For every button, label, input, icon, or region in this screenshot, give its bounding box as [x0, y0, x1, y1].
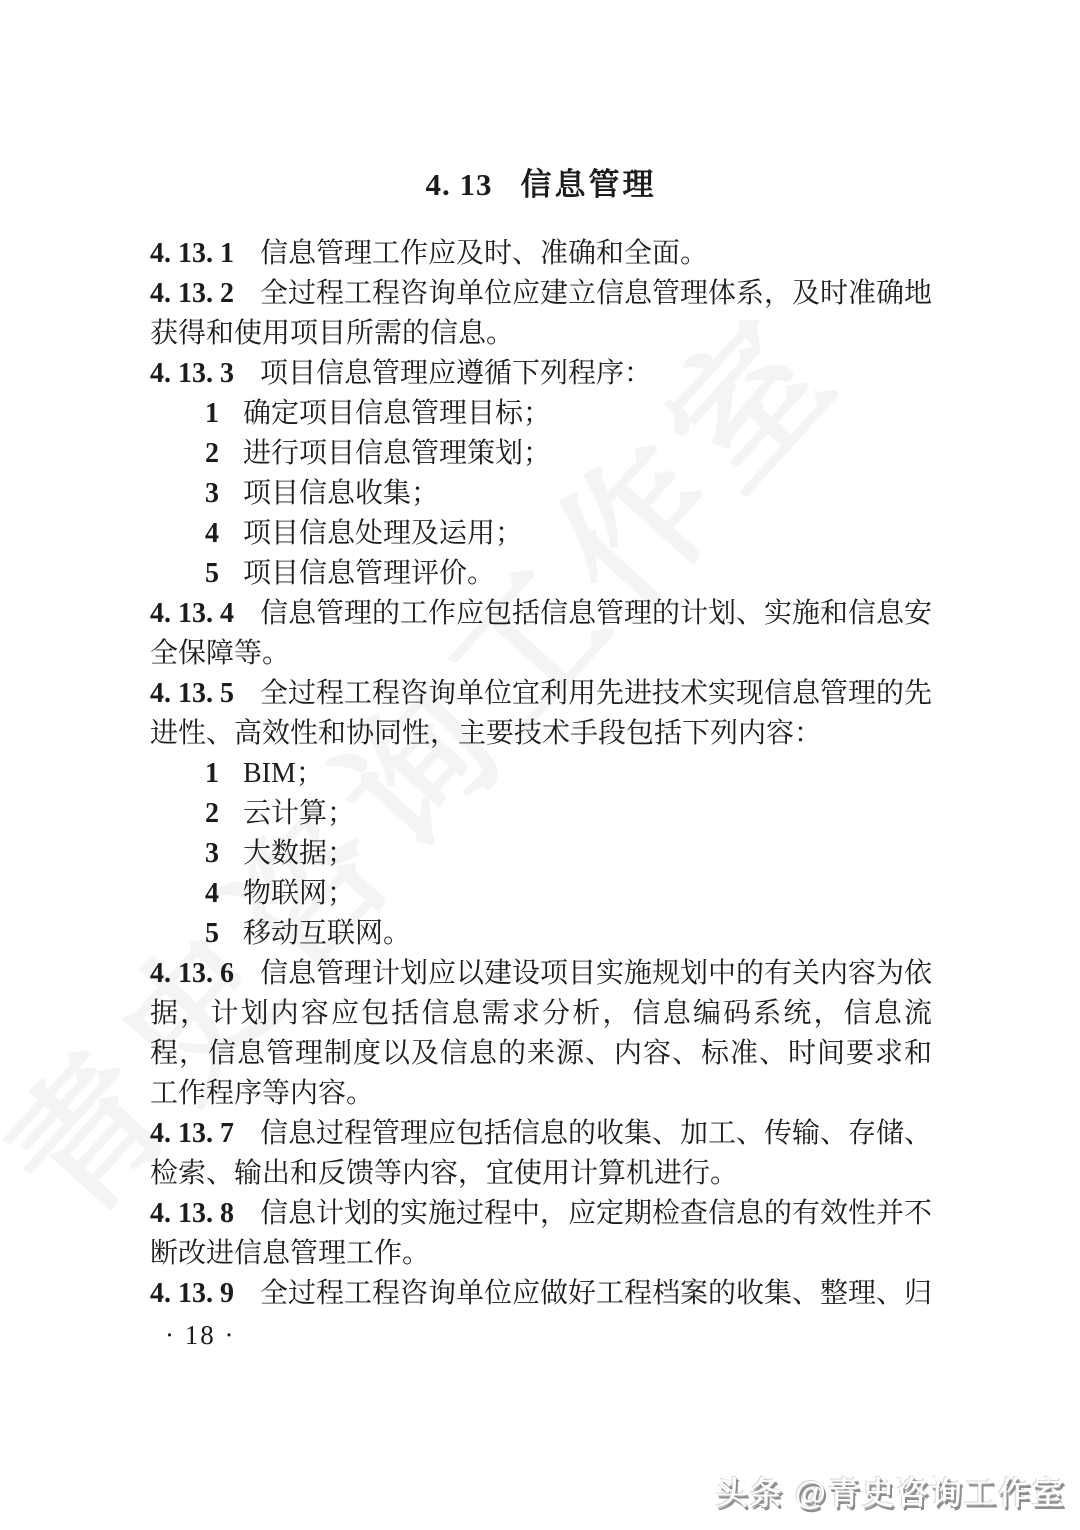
page-number: · 18 ·: [165, 1318, 235, 1352]
clause-text: 信息计划的实施过程中，应定期检查信息的有效性并不断改进信息管理工作。: [150, 1198, 932, 1269]
clause-4-13-6: 4. 13. 6信息管理计划应以建设项目实施规划中的有关内容为依据，计划内容应包…: [150, 954, 932, 1114]
list-item: 3项目信息收集；: [150, 474, 932, 514]
list-item-number: 1: [205, 394, 243, 434]
list-item: 4项目信息处理及运用；: [150, 514, 932, 554]
list-item-number: 3: [205, 474, 243, 514]
document-page: 青史咨询工作室 4. 13信息管理 4. 13. 1信息管理工作应及时、准确和全…: [0, 0, 1080, 1530]
clause-4-13-5: 4. 13. 5全过程工程咨询单位宜利用先进技术实现信息管理的先进性、高效性和协…: [150, 674, 932, 754]
footer-brand-watermark: 头条 @青史咨询工作室: [716, 1468, 1066, 1514]
list-item-number: 2: [205, 794, 243, 834]
clause-number: 4. 13. 1: [150, 238, 234, 269]
list-item: 1确定项目信息管理目标；: [150, 394, 932, 434]
section-heading: 4. 13信息管理: [150, 162, 932, 208]
clause-number: 4. 13. 7: [150, 1118, 234, 1149]
clause-text: 信息过程管理应包括信息的收集、加工、传输、存储、检索、输出和反馈等内容，宜使用计…: [150, 1118, 932, 1189]
clause-number: 4. 13. 9: [150, 1278, 234, 1309]
list-item-number: 1: [205, 754, 243, 794]
clause-4-13-4: 4. 13. 4信息管理的工作应包括信息管理的计划、实施和信息安全保障等。: [150, 594, 932, 674]
clause-4-13-9: 4. 13. 9全过程工程咨询单位应做好工程档案的收集、整理、归: [150, 1274, 932, 1314]
list-item-text: 物联网；: [243, 878, 355, 909]
clause-text: 全过程工程咨询单位宜利用先进技术实现信息管理的先进性、高效性和协同性，主要技术手…: [150, 678, 932, 749]
section-title: 信息管理: [521, 167, 657, 202]
clause-number: 4. 13. 2: [150, 278, 234, 309]
clause-number: 4. 13. 3: [150, 358, 234, 389]
list-item-text: 移动互联网。: [243, 918, 411, 949]
clause-text: 项目信息管理应遵循下列程序：: [260, 358, 652, 389]
list-item: 5移动互联网。: [150, 914, 932, 954]
list-item-number: 2: [205, 434, 243, 474]
clause-4-13-2: 4. 13. 2全过程工程咨询单位应建立信息管理体系，及时准确地获得和使用项目所…: [150, 274, 932, 354]
list-item-number: 4: [205, 874, 243, 914]
list-item-text: 项目信息管理评价。: [243, 558, 495, 589]
list-item: 3大数据；: [150, 834, 932, 874]
list-item: 5项目信息管理评价。: [150, 554, 932, 594]
clause-text: 信息管理计划应以建设项目实施规划中的有关内容为依据，计划内容应包括信息需求分析，…: [150, 958, 932, 1109]
list-item-text: 云计算；: [243, 798, 355, 829]
clause-number: 4. 13. 6: [150, 958, 234, 989]
clause-text: 信息管理工作应及时、准确和全面。: [260, 238, 708, 269]
list-item-number: 5: [205, 914, 243, 954]
list-item-number: 3: [205, 834, 243, 874]
list-item-text: 进行项目信息管理策划；: [243, 438, 551, 469]
list-item-text: BIM；: [243, 758, 324, 789]
page-content: 4. 13信息管理 4. 13. 1信息管理工作应及时、准确和全面。 4. 13…: [150, 162, 932, 1314]
clause-4-13-8: 4. 13. 8信息计划的实施过程中，应定期检查信息的有效性并不断改进信息管理工…: [150, 1194, 932, 1274]
list-item-text: 项目信息处理及运用；: [243, 518, 523, 549]
clause-number: 4. 13. 8: [150, 1198, 234, 1229]
list-item: 2云计算；: [150, 794, 932, 834]
clause-4-13-3: 4. 13. 3项目信息管理应遵循下列程序：: [150, 354, 932, 394]
list-item-number: 4: [205, 514, 243, 554]
clause-4-13-1: 4. 13. 1信息管理工作应及时、准确和全面。: [150, 234, 932, 274]
clause-text: 信息管理的工作应包括信息管理的计划、实施和信息安全保障等。: [150, 598, 932, 669]
list-item: 4物联网；: [150, 874, 932, 914]
list-item-text: 确定项目信息管理目标；: [243, 398, 551, 429]
clause-text: 全过程工程咨询单位应做好工程档案的收集、整理、归: [260, 1278, 932, 1309]
list-item-text: 项目信息收集；: [243, 478, 439, 509]
clause-text: 全过程工程咨询单位应建立信息管理体系，及时准确地获得和使用项目所需的信息。: [150, 278, 932, 349]
list-item-number: 5: [205, 554, 243, 594]
section-number: 4. 13: [426, 167, 493, 202]
list-item: 1BIM；: [150, 754, 932, 794]
clause-4-13-7: 4. 13. 7信息过程管理应包括信息的收集、加工、传输、存储、检索、输出和反馈…: [150, 1114, 932, 1194]
list-item-text: 大数据；: [243, 838, 355, 869]
clause-number: 4. 13. 4: [150, 598, 234, 629]
clause-number: 4. 13. 5: [150, 678, 234, 709]
list-item: 2进行项目信息管理策划；: [150, 434, 932, 474]
